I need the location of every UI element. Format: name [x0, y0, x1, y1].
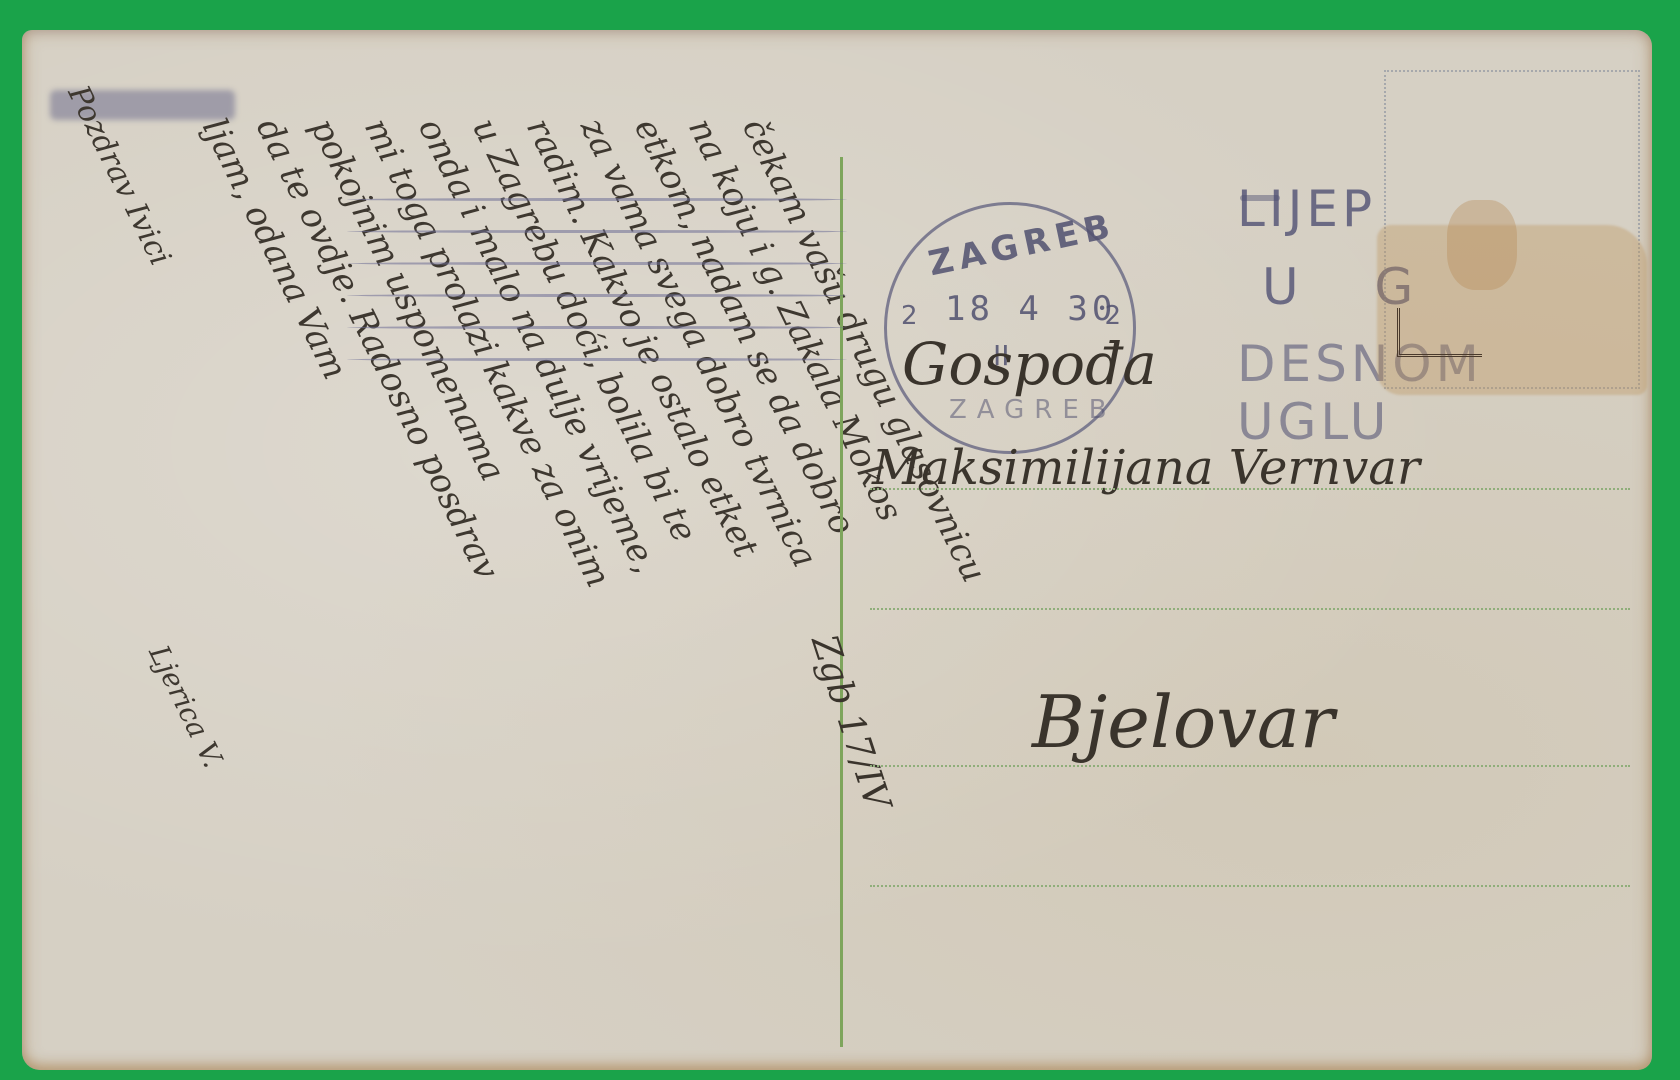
slogan-line: LIJEP — [1237, 180, 1376, 238]
address-salutation: Gospođa — [902, 330, 1157, 398]
stamp-frame-fragment — [1397, 308, 1482, 357]
address-line — [870, 765, 1630, 767]
postmark-number-left: 2 — [901, 301, 918, 331]
cancel-wave-line — [347, 294, 847, 297]
address-line — [870, 885, 1630, 887]
cancel-wave-line — [347, 262, 847, 265]
address-line — [870, 488, 1630, 490]
address-city: Bjelovar — [1032, 680, 1334, 764]
cancel-wave-line — [347, 326, 847, 329]
signature: Ljerica V. — [142, 640, 229, 773]
address-line — [870, 608, 1630, 610]
dateline: Zgb 17/IV — [803, 630, 898, 815]
postmark-bottom-text: ZAGREB — [949, 395, 1117, 425]
cancel-wave-line — [347, 198, 847, 201]
postcard: čekam vašu drugu glasovnicu na koju i g.… — [22, 30, 1652, 1070]
stamp-stain — [1447, 200, 1517, 290]
postmark: ZAGREB 2 18 4 30 2 II ZAGREB — [884, 202, 1136, 454]
cancel-wave-line — [347, 358, 847, 361]
postmark-date: 18 4 30 — [945, 289, 1116, 329]
postmark-number-right: 2 — [1104, 301, 1121, 331]
postmark-city: ZAGREB — [925, 206, 1119, 285]
center-divider — [840, 157, 843, 1047]
cancel-wave-line — [347, 230, 847, 233]
